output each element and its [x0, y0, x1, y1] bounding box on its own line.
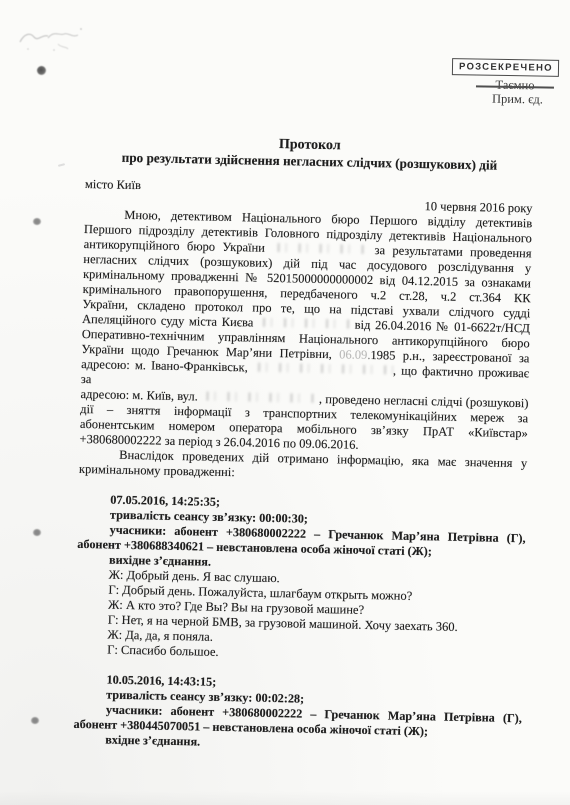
redacted-area [272, 243, 367, 254]
scanned-document-page: РОЗСЕКРЕЧЕНО Таємно Прим. єд. Протокол п… [0, 0, 570, 805]
redacted-area [253, 363, 393, 375]
document-text-block: Протокол про результати здійснення негла… [73, 133, 534, 756]
small-pencil-tick [58, 163, 65, 167]
redacted-area [258, 318, 350, 329]
declassified-stamp: РОЗСЕКРЕЧЕНО [452, 58, 559, 77]
copy-number-note: Прим. єд. [492, 92, 543, 108]
margin-dot [31, 717, 39, 724]
margin-dot [33, 529, 41, 536]
ink-dot-mark [37, 66, 46, 75]
smudged-birth-date: 06.09.1985 [339, 347, 396, 363]
call-record-2: 10.05.2016, 14:43:15; тривалість сеансу … [73, 672, 522, 756]
redacted-area [201, 391, 319, 402]
call-record-1: 07.05.2016, 14:25:35; тривалість сеансу … [75, 492, 526, 666]
paragraph-1: Мною, детективом Національного бюро Перш… [79, 207, 532, 456]
margin-dot [33, 218, 41, 225]
pencil-scribble-mark [14, 22, 96, 60]
